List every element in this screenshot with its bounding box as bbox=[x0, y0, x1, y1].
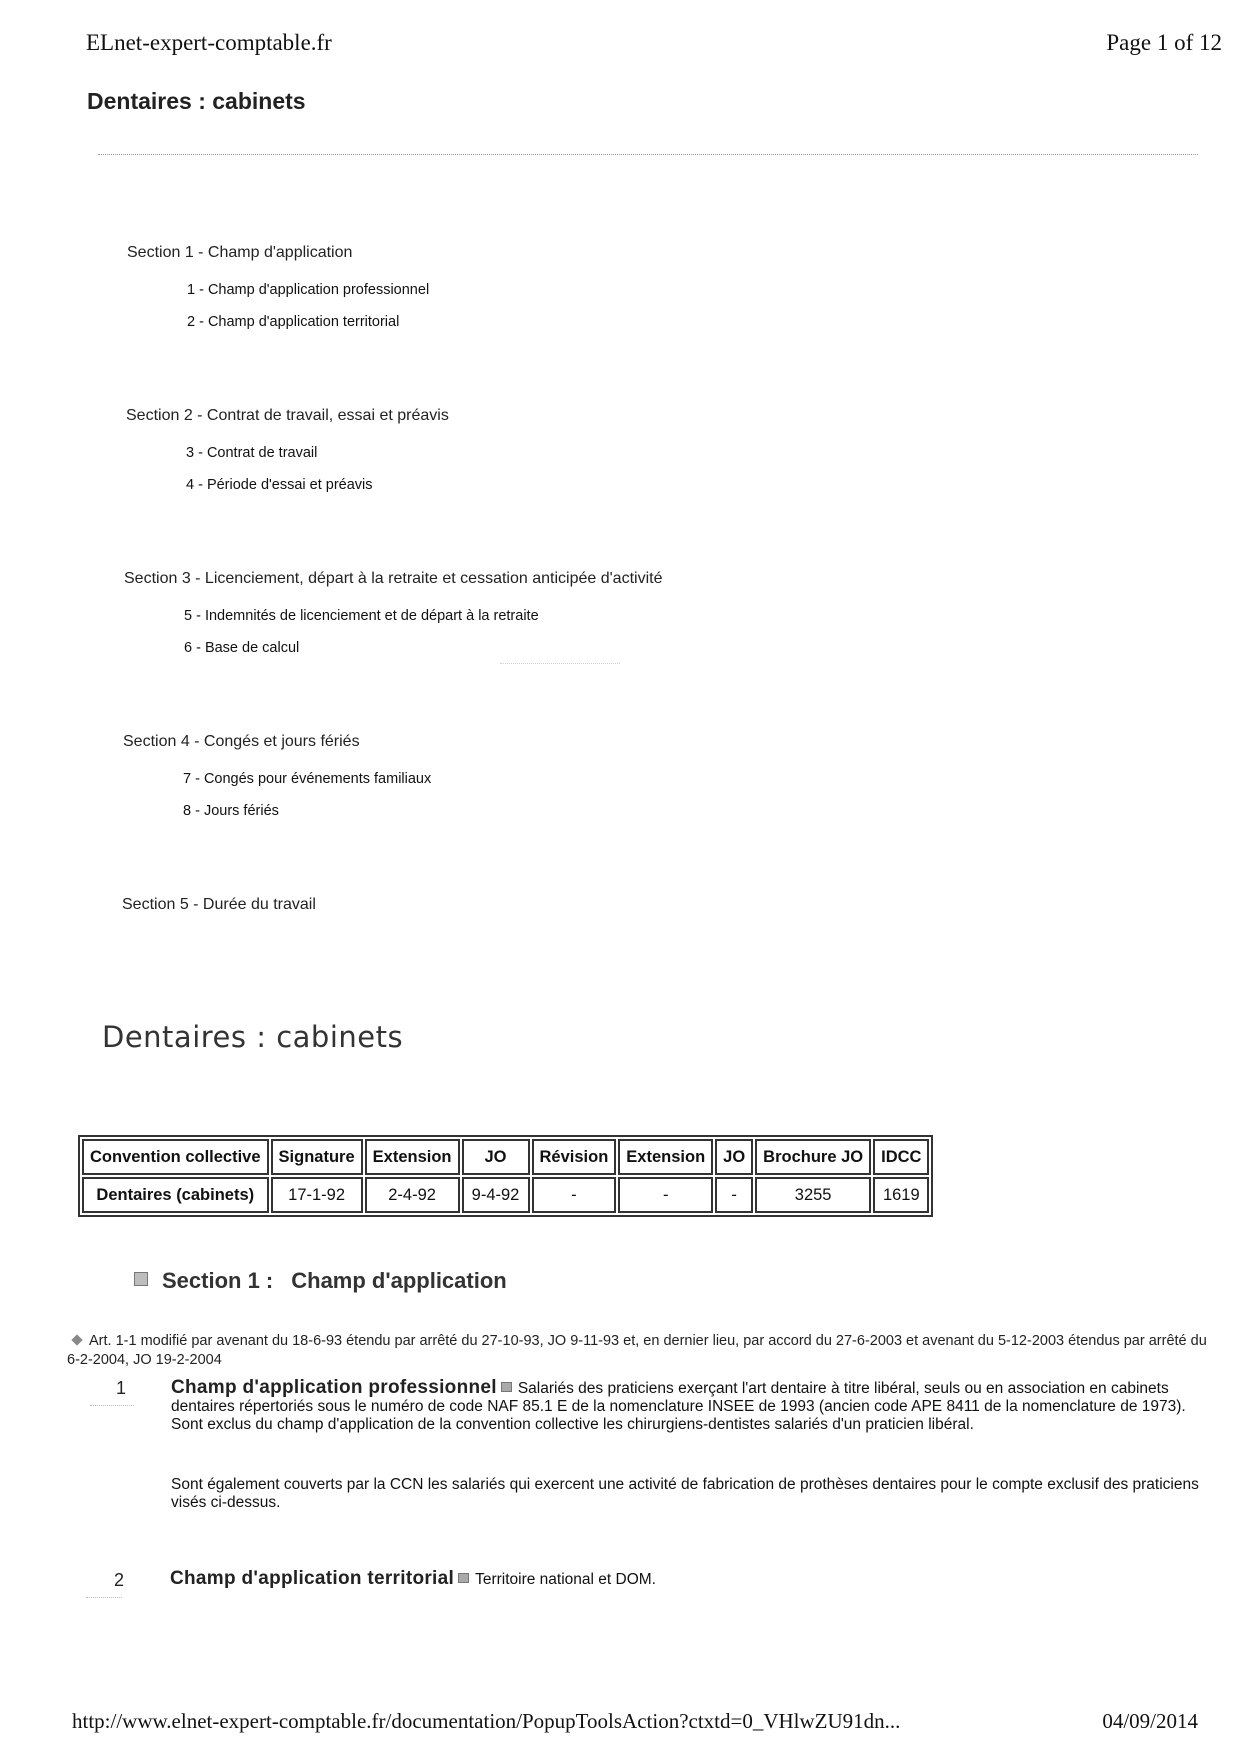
toc-item-6[interactable]: 6 - Base de calcul bbox=[184, 640, 299, 656]
paragraph-heading: Champ d'application professionnel bbox=[171, 1377, 497, 1398]
col-header: Brochure JO bbox=[755, 1139, 871, 1175]
table-cell: - bbox=[532, 1177, 617, 1213]
col-header: IDCC bbox=[873, 1139, 929, 1175]
page-indicator: Page 1 of 12 bbox=[1106, 30, 1222, 56]
col-header: Extension bbox=[365, 1139, 460, 1175]
gray-square-icon bbox=[134, 1272, 148, 1286]
table-row: Dentaires (cabinets) 17-1-92 2-4-92 9-4-… bbox=[82, 1177, 929, 1213]
toc-item-5[interactable]: 5 - Indemnités de licenciement et de dép… bbox=[184, 608, 539, 624]
paragraph-marker bbox=[90, 1405, 134, 1406]
toc-item-2[interactable]: 2 - Champ d'application territorial bbox=[187, 314, 399, 330]
paragraph-number: 2 bbox=[114, 1570, 124, 1591]
toc-section-4[interactable]: Section 4 - Congés et jours fériés bbox=[123, 733, 360, 751]
diamond-bullet-icon bbox=[71, 1334, 82, 1345]
col-header: Signature bbox=[271, 1139, 363, 1175]
section-title: Champ d'application bbox=[291, 1268, 506, 1293]
toc-item-4[interactable]: 4 - Période d'essai et préavis bbox=[186, 477, 373, 493]
source-url[interactable]: http://www.elnet-expert-comptable.fr/doc… bbox=[72, 1709, 900, 1734]
col-header: Convention collective bbox=[82, 1139, 269, 1175]
table-cell: 17-1-92 bbox=[271, 1177, 363, 1213]
article-note: Art. 1-1 modifié par avenant du 18-6-93 … bbox=[67, 1332, 1217, 1370]
toc-section-5[interactable]: Section 5 - Durée du travail bbox=[122, 896, 316, 914]
convention-table: Convention collective Signature Extensio… bbox=[78, 1135, 933, 1217]
toc-section-2[interactable]: Section 2 - Contrat de travail, essai et… bbox=[126, 407, 449, 425]
toc-item-7[interactable]: 7 - Congés pour événements familiaux bbox=[183, 771, 431, 787]
table-cell: - bbox=[715, 1177, 753, 1213]
table-cell: Dentaires (cabinets) bbox=[82, 1177, 269, 1213]
col-header: JO bbox=[462, 1139, 530, 1175]
print-date: 04/09/2014 bbox=[1102, 1709, 1198, 1734]
scan-artifact bbox=[500, 663, 620, 664]
col-header: Révision bbox=[532, 1139, 617, 1175]
col-header: JO bbox=[715, 1139, 753, 1175]
toc-item-8[interactable]: 8 - Jours fériés bbox=[183, 803, 279, 819]
paragraph-1-continued: Sont également couverts par la CCN les s… bbox=[171, 1476, 1216, 1512]
table-header-row: Convention collective Signature Extensio… bbox=[82, 1139, 929, 1175]
toc-item-1[interactable]: 1 - Champ d'application professionnel bbox=[187, 282, 429, 298]
gray-square-icon bbox=[458, 1573, 469, 1583]
table-cell: 9-4-92 bbox=[462, 1177, 530, 1213]
table-cell: - bbox=[618, 1177, 713, 1213]
table-cell: 3255 bbox=[755, 1177, 871, 1213]
paragraph-heading: Champ d'application territorial bbox=[170, 1568, 454, 1589]
gray-square-icon bbox=[501, 1382, 512, 1392]
toc-section-1[interactable]: Section 1 - Champ d'application bbox=[127, 244, 352, 262]
toc-section-3[interactable]: Section 3 - Licenciement, départ à la re… bbox=[124, 570, 662, 588]
paragraph-1: Champ d'application professionnelSalarié… bbox=[171, 1379, 1216, 1434]
header-divider bbox=[98, 154, 1198, 155]
article-note-text: Art. 1-1 modifié par avenant du 18-6-93 … bbox=[67, 1333, 1207, 1368]
document-title: Dentaires : cabinets bbox=[87, 88, 306, 115]
toc-item-3[interactable]: 3 - Contrat de travail bbox=[186, 445, 317, 461]
table-cell: 2-4-92 bbox=[365, 1177, 460, 1213]
section-heading: Section 1 :Champ d'application bbox=[134, 1268, 507, 1294]
table-cell: 1619 bbox=[873, 1177, 929, 1213]
main-title: Dentaires : cabinets bbox=[102, 1020, 403, 1054]
section-number: Section 1 : bbox=[162, 1268, 273, 1293]
col-header: Extension bbox=[618, 1139, 713, 1175]
paragraph-2: Champ d'application territorialTerritoir… bbox=[170, 1570, 1215, 1589]
paragraph-number: 1 bbox=[116, 1378, 126, 1399]
paragraph-marker bbox=[86, 1597, 122, 1598]
paragraph-body: Territoire national et DOM. bbox=[475, 1571, 656, 1588]
site-name: ELnet-expert-comptable.fr bbox=[86, 30, 332, 56]
